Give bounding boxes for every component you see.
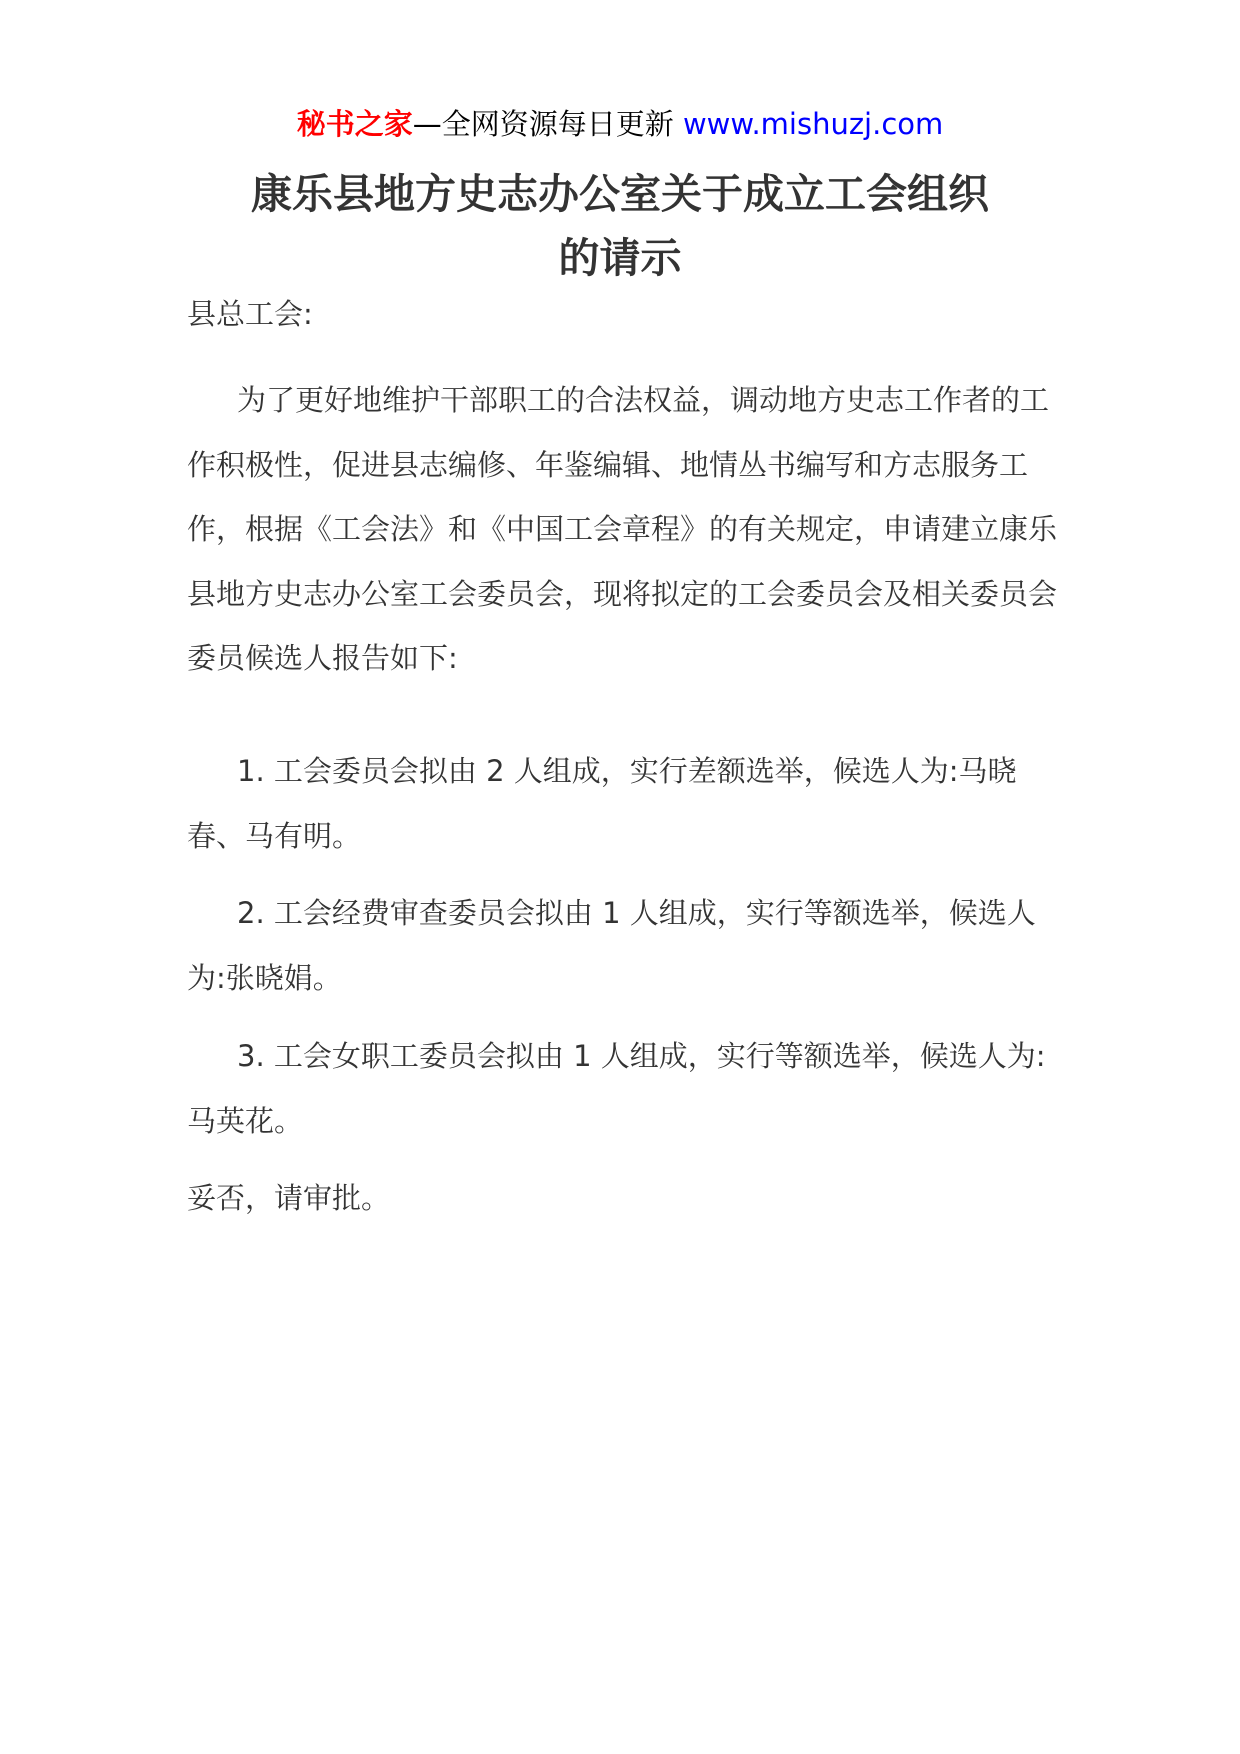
closing-text: 妥否，请审批。: [187, 1166, 1057, 1231]
document-title: 康乐县地方史志办公室关于成立工会组织 的请示: [180, 162, 1060, 290]
site-banner: 秘书之家—全网资源每日更新 www.mishuzj.com: [0, 104, 1240, 144]
body-paragraph: 为了更好地维护干部职工的合法权益，调动地方史志工作者的工作积极性，促进县志编修、…: [187, 368, 1057, 691]
salutation: 县总工会:: [187, 282, 1057, 347]
list-item-text: 2. 工会经费审查委员会拟由 1 人组成，实行等额选举，候选人为:张晓娟。: [187, 881, 1057, 1010]
title-line-1: 康乐县地方史志办公室关于成立工会组织: [180, 162, 1060, 226]
list-item-text: 1. 工会委员会拟由 2 人组成，实行差额选举，候选人为:马晓春、马有明。: [187, 739, 1057, 868]
title-line-2: 的请示: [180, 226, 1060, 290]
salutation-text: 县总工会:: [187, 282, 1057, 347]
list-item-3: 3. 工会女职工委员会拟由 1 人组成，实行等额选举，候选人为:马英花。: [187, 1024, 1057, 1153]
body-paragraph-text: 为了更好地维护干部职工的合法权益，调动地方史志工作者的工作积极性，促进县志编修、…: [187, 368, 1057, 691]
banner-slogan: —全网资源每日更新: [413, 107, 674, 141]
brand-name: 秘书之家: [297, 107, 413, 141]
list-item-2: 2. 工会经费审查委员会拟由 1 人组成，实行等额选举，候选人为:张晓娟。: [187, 881, 1057, 1010]
list-item-text: 3. 工会女职工委员会拟由 1 人组成，实行等额选举，候选人为:马英花。: [187, 1024, 1057, 1153]
closing: 妥否，请审批。: [187, 1166, 1057, 1231]
list-item-1: 1. 工会委员会拟由 2 人组成，实行差额选举，候选人为:马晓春、马有明。: [187, 739, 1057, 868]
site-url[interactable]: www.mishuzj.com: [683, 107, 943, 141]
